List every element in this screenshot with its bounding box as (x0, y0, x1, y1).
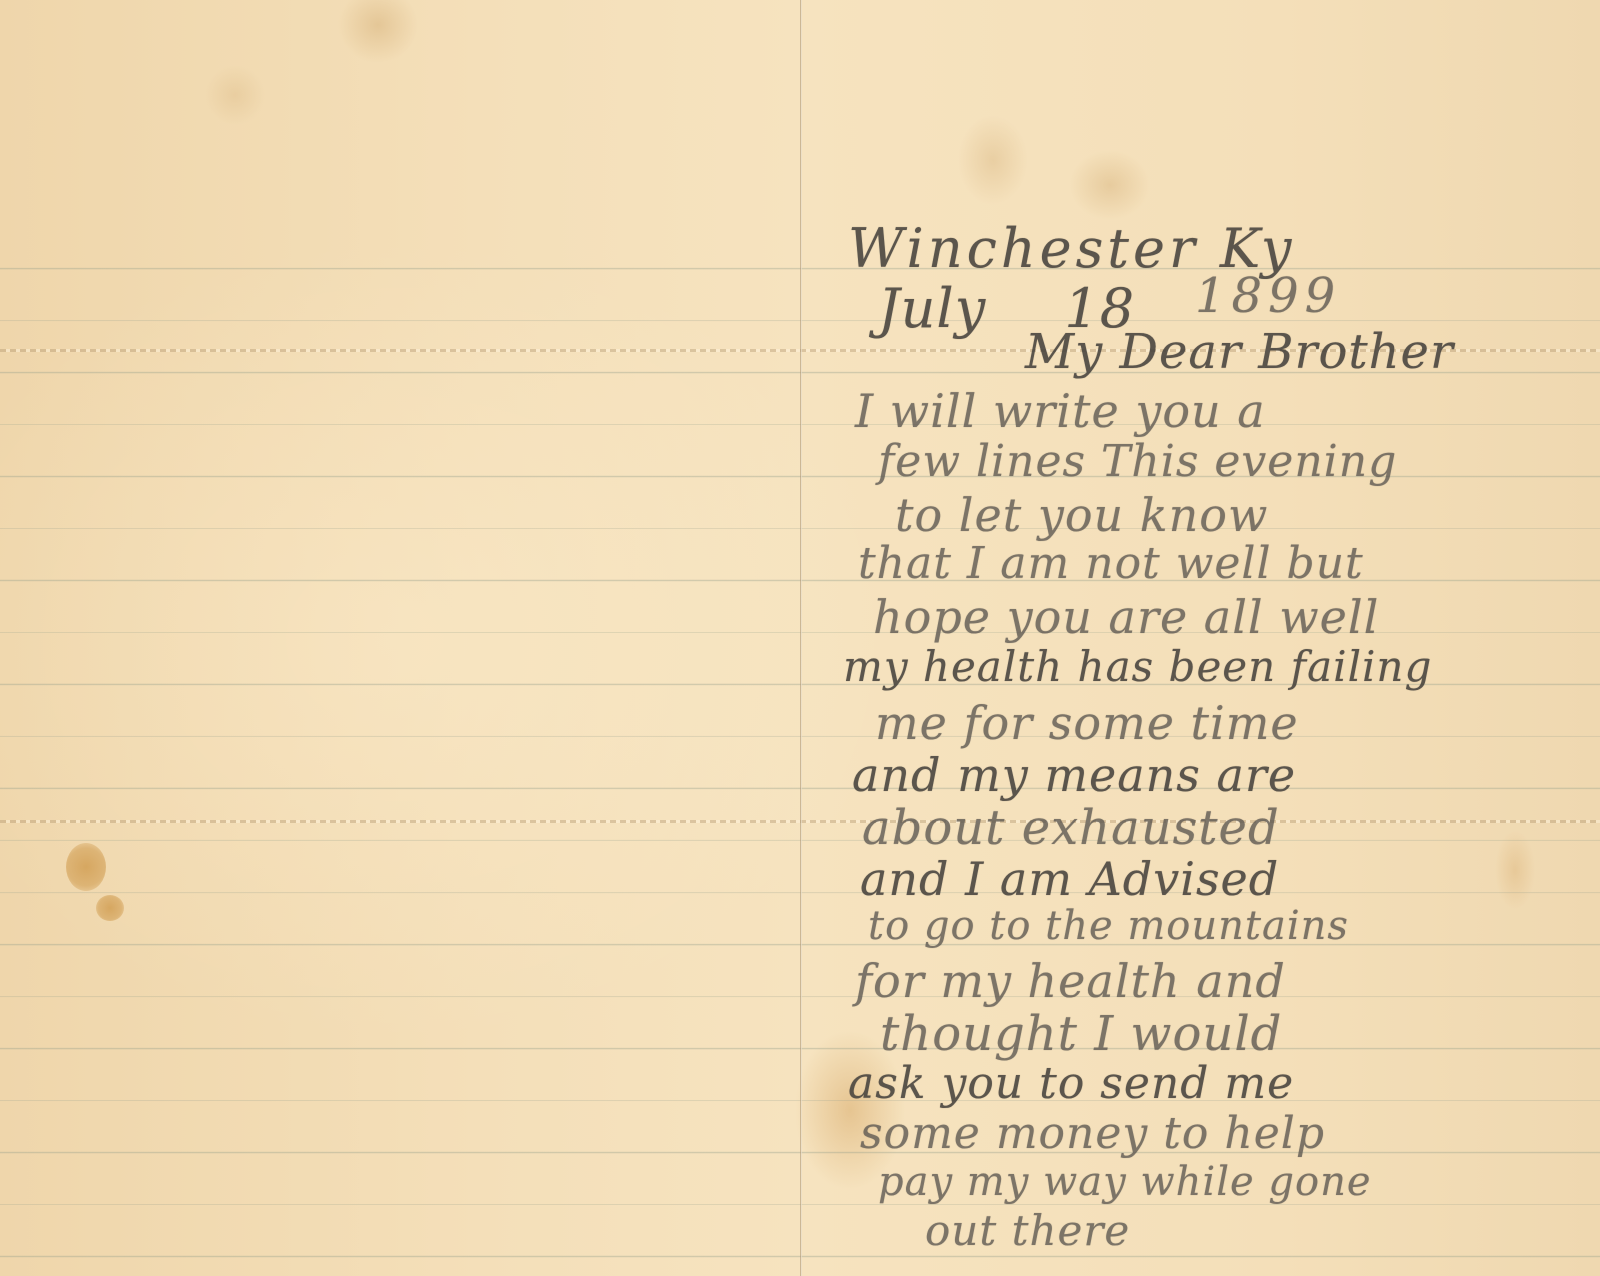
letter-line: ask you to send me (848, 1062, 1294, 1106)
letter-sheet: Winchester Ky July 18 1899 My Dear Broth… (0, 0, 1600, 1276)
letter-line: about exhausted (862, 804, 1280, 852)
letter-date-year: 1899 (1195, 272, 1341, 320)
letter-line: thought I would (880, 1010, 1282, 1058)
letter-line: few lines This evening (878, 440, 1397, 484)
letter-line: that I am not well but (858, 542, 1364, 586)
letter-line: and I am Advised (860, 856, 1279, 902)
letter-line: for my health and (855, 958, 1286, 1004)
letter-line: my health has been failing (843, 646, 1432, 688)
letter-line: pay my way while gone (878, 1162, 1372, 1202)
letter-line: I will write you a (855, 388, 1266, 434)
letter-line: some money to help (860, 1112, 1325, 1156)
right-page-letter: Winchester Ky July 18 1899 My Dear Broth… (0, 0, 1600, 1276)
letter-salutation: My Dear Brother (1025, 328, 1454, 376)
letter-line: and my means are (852, 752, 1296, 798)
letter-line: out there (925, 1210, 1130, 1252)
letter-line: me for some time (875, 700, 1299, 746)
letter-line: to let you know (895, 492, 1268, 538)
letter-line: to go to the mountains (868, 906, 1349, 946)
letter-line: hope you are all well (873, 594, 1379, 640)
